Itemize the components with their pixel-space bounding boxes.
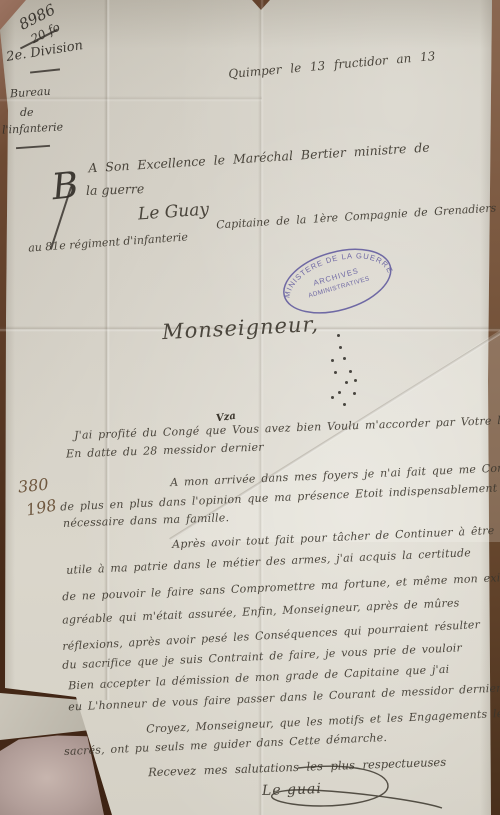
signature-flourish <box>236 764 446 815</box>
letter-photo: 8986 20 fo 2e. Division Bureau de l'infa… <box>0 0 500 815</box>
address-line-2: la guerre <box>86 181 145 198</box>
registry-bureau-2: de <box>20 106 34 119</box>
margin-number-1: 380 <box>17 474 49 496</box>
